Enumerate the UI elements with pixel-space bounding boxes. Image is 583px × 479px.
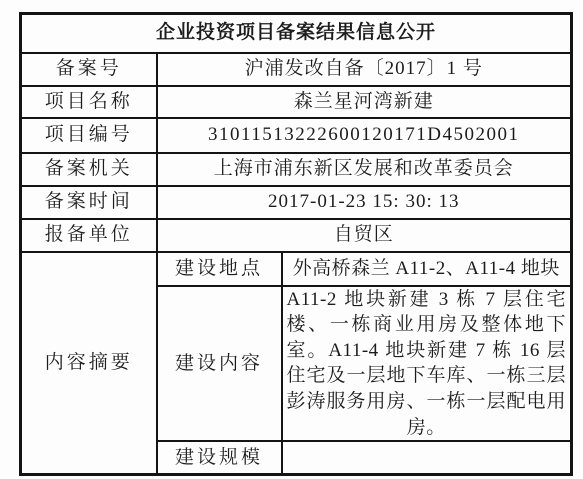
table-row: 备案时间 2017-01-23 15: 30: 13	[21, 186, 572, 219]
filing-number-value: 沪浦发改自备〔2017〕1 号	[157, 53, 572, 86]
table-row: 备案号 沪浦发改自备〔2017〕1 号	[21, 53, 572, 86]
table-row: 备案机关 上海市浦东新区发展和改革委员会	[21, 153, 572, 186]
filing-authority-value: 上海市浦东新区发展和改革委员会	[157, 153, 572, 186]
document-title: 企业投资项目备案结果信息公开	[21, 14, 572, 53]
construction-scale-label: 建设规模	[157, 441, 282, 474]
table-row: 项目名称 森兰星河湾新建	[21, 86, 572, 118]
reporting-unit-value: 自贸区	[157, 219, 572, 252]
table-row: 企业投资项目备案结果信息公开	[21, 14, 572, 53]
project-code-value: 31011513222600120171D4502001	[157, 118, 572, 153]
table-row: 报备单位 自贸区	[21, 219, 572, 252]
filing-time-value: 2017-01-23 15: 30: 13	[157, 186, 572, 219]
construction-site-value: 外高桥森兰 A11-2、A11-4 地块	[282, 252, 572, 286]
filing-time-label: 备案时间	[21, 186, 157, 219]
reporting-unit-label: 报备单位	[21, 219, 157, 252]
construction-scale-value	[282, 441, 572, 474]
project-code-label: 项目编号	[21, 118, 157, 153]
table-row: 项目编号 31011513222600120171D4502001	[21, 118, 572, 153]
filing-info-table: 企业投资项目备案结果信息公开 备案号 沪浦发改自备〔2017〕1 号 项目名称 …	[19, 12, 573, 476]
construction-content-label: 建设内容	[157, 286, 282, 442]
filing-number-label: 备案号	[21, 53, 157, 86]
document-page: 企业投资项目备案结果信息公开 备案号 沪浦发改自备〔2017〕1 号 项目名称 …	[0, 0, 583, 479]
construction-content-value: A11-2 地块新建 3 栋 7 层住宅楼、一栋商业用房及整体地下室。A11-4…	[282, 286, 572, 442]
table-row: 内容摘要 建设地点 外高桥森兰 A11-2、A11-4 地块	[21, 252, 572, 286]
construction-site-label: 建设地点	[157, 252, 282, 286]
content-summary-label: 内容摘要	[21, 252, 157, 475]
project-name-label: 项目名称	[21, 86, 157, 118]
project-name-value: 森兰星河湾新建	[157, 86, 572, 118]
filing-authority-label: 备案机关	[21, 153, 157, 186]
